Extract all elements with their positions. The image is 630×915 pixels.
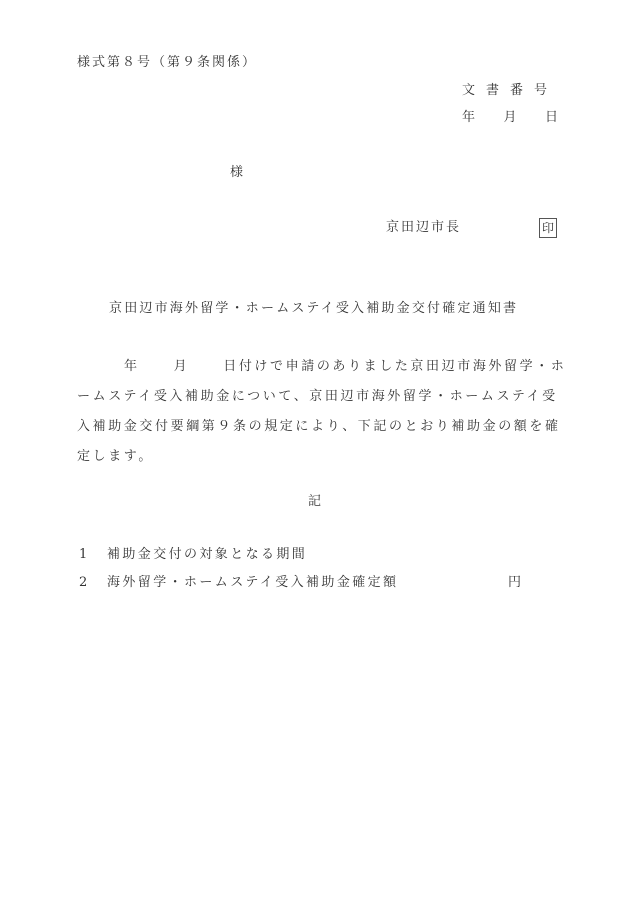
ki-heading: 記 bbox=[308, 495, 321, 508]
body-paragraph: 年月日付けで申請のありました京田辺市海外留学・ホ ームステイ受入補助金について、… bbox=[77, 352, 557, 472]
date-day-label: 日 bbox=[545, 111, 558, 124]
item-label: 補助金交付の対象となる期間 bbox=[107, 547, 307, 562]
seal-icon: 印 bbox=[542, 222, 554, 234]
seal-stamp-box: 印 bbox=[539, 218, 557, 238]
date-month-label: 月 bbox=[503, 111, 516, 124]
list-item: 1補助金交付の対象となる期間 bbox=[79, 548, 307, 561]
body-line-4: 定します。 bbox=[77, 442, 557, 472]
document-title: 京田辺市海外留学・ホームステイ受入補助金交付確定通知書 bbox=[109, 302, 518, 315]
item-number: 2 bbox=[79, 576, 107, 589]
item-label: 海外留学・ホームステイ受入補助金確定額 bbox=[107, 575, 398, 590]
yen-unit: 円 bbox=[508, 576, 521, 589]
form-number: 様式第８号（第９条関係） bbox=[77, 56, 257, 69]
date-year-label: 年 bbox=[462, 111, 475, 124]
body-line-1-text: 日付けで申請のありました京田辺市海外留学・ホ bbox=[223, 359, 566, 374]
body-date-year: 年 bbox=[124, 359, 140, 374]
body-date-month: 月 bbox=[174, 359, 190, 374]
body-line-1: 年月日付けで申請のありました京田辺市海外留学・ホ bbox=[77, 352, 557, 382]
sender-name: 京田辺市長 bbox=[386, 221, 461, 234]
list-item: 2海外留学・ホームステイ受入補助金確定額 bbox=[79, 576, 398, 589]
body-line-2: ームステイ受入補助金について、京田辺市海外留学・ホームステイ受 bbox=[77, 382, 557, 412]
item-number: 1 bbox=[79, 548, 107, 561]
issue-date-line: 年 月 日 bbox=[462, 111, 558, 124]
addressee-honorific: 様 bbox=[230, 166, 243, 179]
document-number-label: 文書番号 bbox=[462, 84, 558, 97]
body-line-3: 入補助金交付要綱第９条の規定により、下記のとおり補助金の額を確 bbox=[77, 412, 557, 442]
